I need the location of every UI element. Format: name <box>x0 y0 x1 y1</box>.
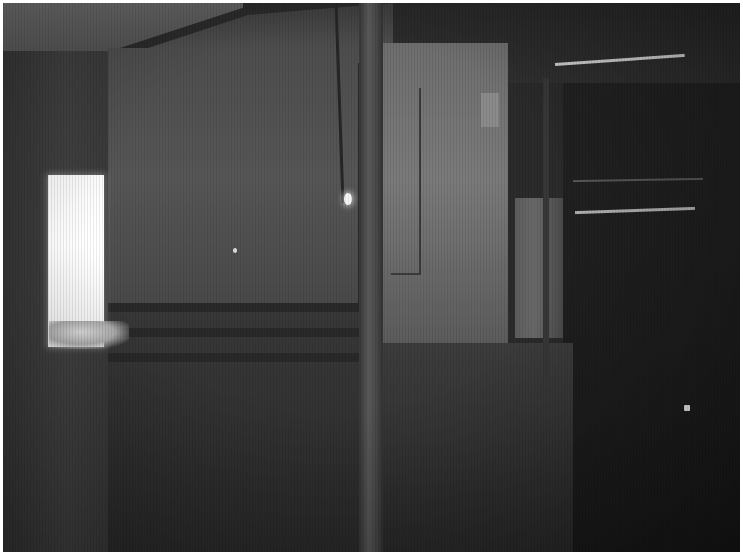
barn-interior-photo: Dim interior of a barn or stable with a … <box>3 3 740 552</box>
film-grain <box>3 3 740 552</box>
